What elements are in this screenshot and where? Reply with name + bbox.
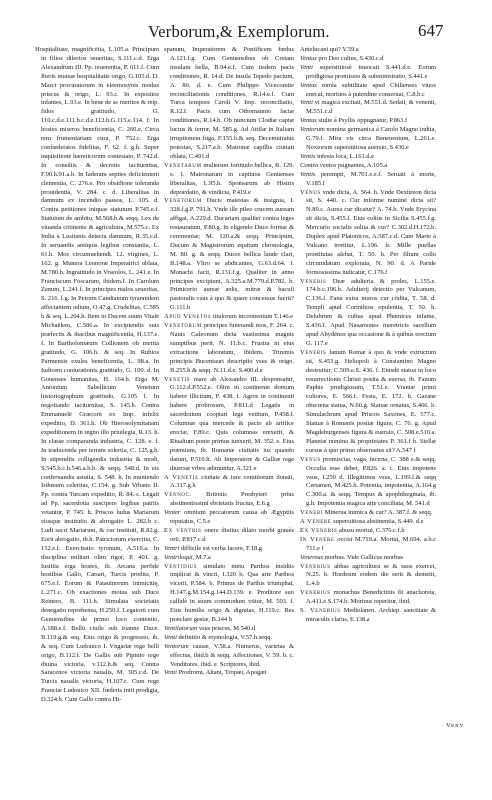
index-entry: Veneris Deæ adulteria & proles, L.155.e.… xyxy=(300,278,436,349)
index-lemma: Venti xyxy=(164,634,177,641)
index-entry: Venetorum Ducis maiestas & insignia, I. … xyxy=(164,197,294,313)
index-text: fanum Romæ à quo & vnde extructum sit, S… xyxy=(306,349,436,454)
index-text: M.7.a xyxy=(196,554,211,561)
index-entry: Ventorum causæ, V.58.a. Numerus, varieta… xyxy=(164,643,294,670)
index-entry: Ventis infesta loca, L.161.d.e xyxy=(300,153,436,162)
index-text: stulte à Psyllis oppugnatur, P.863.f xyxy=(318,117,407,124)
index-entry: Ventus nimia subtilitate apud Chilienses… xyxy=(300,82,436,100)
index-text: mare ab Alexandro III. desponsatur, G.11… xyxy=(170,376,294,472)
index-lemma: Venus xyxy=(300,189,321,196)
index-lemma: In Venere xyxy=(300,536,335,543)
index-entry: S. Venerius Mediolanen. Archiep. sanctit… xyxy=(300,607,436,625)
index-text: spanum, Imperatorem & Pontificem fœdus A… xyxy=(164,46,294,160)
index-text: Prodromi, Altani, Tropæi, Apogæi xyxy=(178,669,266,676)
index-entry: Ventri difficile est verba facere, F.18.… xyxy=(164,545,294,554)
index-entry: spanum, Imperatorem & Pontificem fœdus A… xyxy=(164,46,294,162)
index-lemma: Venus xyxy=(300,456,321,463)
index-entry: Contra ventos pugnantes, A.105.a xyxy=(300,162,436,171)
index-text: superstitiosa abstinentia, S.449. d.e xyxy=(333,518,423,525)
index-lemma: Venter xyxy=(164,509,180,516)
index-text: definitio & etymologia, V.57.h.seqq. xyxy=(178,634,272,641)
page-header: Verborum,& Exemplorum. 647 xyxy=(0,22,492,48)
index-text: morbus. Vide Gallicus morbus xyxy=(325,554,403,561)
index-lemma: Venti xyxy=(300,64,313,71)
index-lemma: Venti xyxy=(300,99,313,106)
index-entry: Veneri Minerua inimica & cur? A. 387.f. … xyxy=(300,509,436,518)
index-text: principes funerandi mos, F. 264. c. Naui… xyxy=(170,322,294,374)
index-text: vi magica excitati, M.551.d. Sedati, & v… xyxy=(306,99,436,115)
index-entry: Ventis perempti, M.701.e.e.f. Seruati à … xyxy=(300,171,436,189)
index-lemma: Venereus xyxy=(300,554,323,561)
index-lemma: Ventis xyxy=(300,153,315,160)
index-lemma: A Venere xyxy=(300,518,332,525)
index-entry: Venti superstitiosè inuocati S.441.d.e. … xyxy=(300,64,436,82)
index-text: superstitiosè inuocati S.441.d.e. Eorum … xyxy=(306,64,436,80)
index-lemma: Contra ventos xyxy=(300,162,336,169)
running-title: Verborum,& Exemplorum. xyxy=(148,22,330,42)
index-lemma: Ventus xyxy=(300,117,317,124)
index-text: Deæ adulteria & proles, L.155.e. 174.b.c… xyxy=(306,278,436,347)
index-lemma: Venerius xyxy=(300,563,331,570)
index-entry: Ex ventris onere diutius dilato morbi gr… xyxy=(164,527,294,545)
index-entry: Venus promiscua, vaga, incerta, C. 388 e… xyxy=(300,456,436,509)
index-text: nomina germanica à Carolo Magno indita, … xyxy=(306,126,436,151)
index-text: Hospitalitate, magnificētia, L.105.a. Pr… xyxy=(35,46,159,703)
index-text: Antelucani qui? V.59.a xyxy=(300,46,359,53)
index-column-3: Antelucani qui? V.59.aVentus pro Deo cul… xyxy=(300,46,436,625)
index-entry: Venetorum principes funerandi mos, F. 26… xyxy=(164,322,294,375)
index-lemma: Vennoc. xyxy=(164,491,192,498)
index-entry: Venerius monachus Benedictinis fit anach… xyxy=(300,589,436,607)
index-entry: Venetarum mulierum fortitudo bellica, B.… xyxy=(164,162,294,198)
index-entry: Venereus morbus. Vide Gallicus morbus xyxy=(300,554,436,563)
index-entry: Venti vi magica excitati, M.551.d. Sedat… xyxy=(300,99,436,117)
index-lemma: Ventus xyxy=(300,82,317,89)
index-entry: Apud Venetos titulorum incrementum T.146… xyxy=(164,313,294,322)
index-lemma: Venetarum xyxy=(164,162,202,169)
index-lemma: Veneris xyxy=(300,278,326,285)
index-text: vsus priscus, M.540.d xyxy=(199,625,255,632)
index-lemma: Venerius xyxy=(300,589,331,596)
index-entry: Venerius abbas agricultura se & suos exe… xyxy=(300,563,436,590)
index-lemma: Ventri xyxy=(164,545,179,552)
index-text: perempti, M.701.e.e.f. Seruati à morte, … xyxy=(306,171,436,187)
index-text: promiscua, vaga, incerta, C. 388 e.& seq… xyxy=(306,456,436,508)
index-entry: Venti Prodromi, Altani, Tropæi, Apogæi xyxy=(164,669,294,678)
index-column-2: spanum, Imperatorem & Pontificem fœdus A… xyxy=(164,46,294,678)
index-lemma: Ventidius xyxy=(164,563,197,570)
index-entry: Ventorum nomina germanica à Carolo Magno… xyxy=(300,126,436,153)
index-entry: Antelucani qui? V.59.a xyxy=(300,46,436,55)
index-lemma: Venetis xyxy=(164,376,190,383)
index-text: nimia subtilitate apud Chilienses viuos … xyxy=(306,82,436,98)
index-lemma: Ventriloqui, xyxy=(164,554,194,561)
index-lemma: Ex Veneris xyxy=(300,527,337,534)
index-entry: In Venere occisi M.719.a. Mortui, M.694.… xyxy=(300,536,436,554)
index-text: infesta loca, L.161.d.e xyxy=(317,153,374,160)
index-lemma: Ventilatorum xyxy=(164,625,197,632)
index-entry: Ventidius simulato metu Parthos insidiis… xyxy=(164,563,294,625)
index-lemma: Venetorum xyxy=(164,197,202,204)
index-entry: A Venetis ciuitate & iure comitiorum don… xyxy=(164,474,294,492)
index-entry: Venus vnde dicta, A. 564. h. Vnde Dexitr… xyxy=(300,189,436,278)
index-entry: Veneris fanum Romæ à quo & vnde extructu… xyxy=(300,349,436,456)
index-entry: Ex Veneris abusu mortui, C.376.c.f.h xyxy=(300,527,436,536)
index-entry: Ventus pro Deo cultus, S.430.c.d xyxy=(300,55,436,64)
index-lemma: A Venetis xyxy=(164,474,198,481)
index-entry: Ventus stulte à Psyllis oppugnatur, P.86… xyxy=(300,117,436,126)
index-lemma: Ventis xyxy=(300,171,315,178)
index-entry: Ventilatorum vsus priscus, M.540.d xyxy=(164,625,294,634)
index-lemma: Ventorum xyxy=(300,126,325,133)
index-lemma: Veneris xyxy=(300,349,326,356)
index-entry: Ventriloqui, M.7.a xyxy=(164,554,294,563)
index-entry: Venetis mare ab Alexandro III. desponsat… xyxy=(164,376,294,474)
index-lemma: Ex ventris xyxy=(164,527,202,534)
index-text: pro Deo cultus, S.430.c.d xyxy=(318,55,383,62)
index-lemma: Apud Venetos xyxy=(164,313,211,320)
catchword: Venv xyxy=(446,722,464,729)
index-text: Ducis maiestas & insignia, I. 328.f.g.P.… xyxy=(170,197,294,311)
index-entry: Venti definitio & etymologia, V.57.h.seq… xyxy=(164,634,294,643)
index-lemma: Venti xyxy=(164,669,177,676)
index-entry: Vennoc. Britonis Presbyteri prius abstin… xyxy=(164,491,294,509)
index-column-1: Hospitalitate, magnificētia, L.105.a. Pr… xyxy=(35,46,159,705)
index-entry: Venter omnium peccatorum causa ab Ægypti… xyxy=(164,509,294,527)
index-lemma: Ventorum xyxy=(164,643,189,650)
index-text: simulato metu Parthos insidiis implicat … xyxy=(170,563,294,623)
index-lemma: S. Venerius xyxy=(300,607,341,614)
index-text: Minerua inimica & cur? A. 387.f. & seqq. xyxy=(325,509,433,516)
index-entry: A Venere superstitiosa abstinentia, S.44… xyxy=(300,518,436,527)
index-text: pugnantes, A.105.a xyxy=(338,162,387,169)
index-entry: Hospitalitate, magnificētia, L.105.a. Pr… xyxy=(35,46,159,705)
index-text: abusu mortui, C.376.c.f.h xyxy=(339,527,405,534)
index-lemma: Venetorum xyxy=(164,322,202,329)
index-text: difficile est verba facere, F.18.g xyxy=(181,545,262,552)
index-text: causæ, V.58.a. Numerus, varietas & effec… xyxy=(170,643,294,668)
index-lemma: Veneri xyxy=(300,509,323,516)
page-number: 647 xyxy=(418,21,444,41)
index-lemma: Ventus xyxy=(300,55,317,62)
index-text: titulorum incrementum T.146.e xyxy=(213,313,293,320)
index-text: vnde dicta, A. 564. h. Vnde Dexitreon di… xyxy=(306,189,436,276)
index-text: omnium peccatorum causa ab Ægyptiis repu… xyxy=(170,509,294,525)
